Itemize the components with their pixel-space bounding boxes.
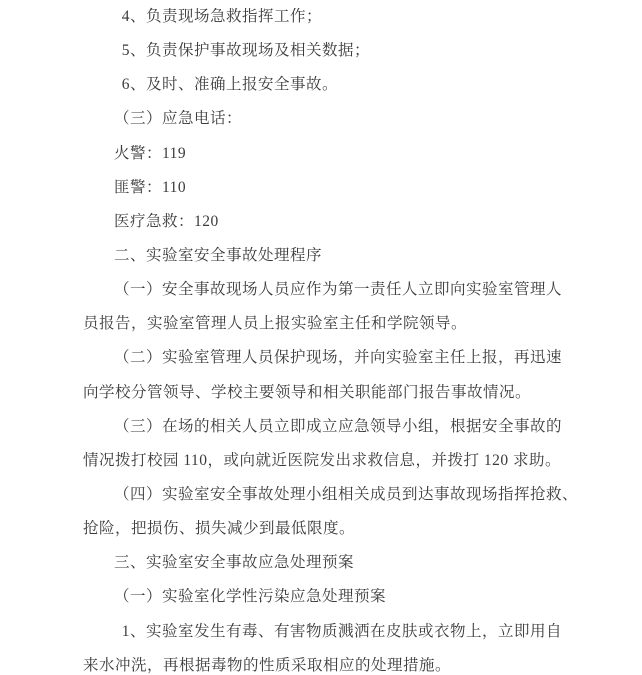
text-line: 情况拨打校园 110，或向就近医院发出求救信息，并拨打 120 求助。 bbox=[83, 444, 562, 478]
text-line: 向学校分管领导、学校主要领导和相关职能部门报告事故情况。 bbox=[83, 376, 562, 410]
text-line: 二、实验室安全事故处理程序 bbox=[83, 239, 562, 273]
document-content: 4、负责现场急救指挥工作；5、负责保护事故现场及相关数据；6、及时、准确上报安全… bbox=[0, 0, 642, 675]
text-line: 火警：119 bbox=[83, 137, 562, 171]
text-line: 三、实验室安全事故应急处理预案 bbox=[83, 546, 562, 580]
text-line: （三）应急电话： bbox=[83, 102, 562, 136]
text-line: （一）安全事故现场人员应作为第一责任人立即向实验室管理人 bbox=[83, 273, 562, 307]
text-line: （二）实验室管理人员保护现场，并向实验室主任上报，再迅速 bbox=[83, 341, 562, 375]
text-line: 抢险，把损伤、损失减少到最低限度。 bbox=[83, 512, 562, 546]
text-line: （四）实验室安全事故处理小组相关成员到达事故现场指挥抢救、 bbox=[83, 478, 562, 512]
text-line: （三）在场的相关人员立即成立应急领导小组，根据安全事故的 bbox=[83, 410, 562, 444]
text-line: 6、及时、准确上报安全事故。 bbox=[83, 68, 562, 102]
text-line: 员报告，实验室管理人员上报实验室主任和学院领导。 bbox=[83, 307, 562, 341]
text-line: 来水冲洗，再根据毒物的性质采取相应的处理措施。 bbox=[83, 649, 562, 675]
text-line: 5、负责保护事故现场及相关数据； bbox=[83, 34, 562, 68]
document-page: 4、负责现场急救指挥工作；5、负责保护事故现场及相关数据；6、及时、准确上报安全… bbox=[0, 0, 642, 675]
text-line: 1、实验室发生有毒、有害物质溅洒在皮肤或衣物上，立即用自 bbox=[83, 615, 562, 649]
text-line: 4、负责现场急救指挥工作； bbox=[83, 0, 562, 34]
text-line: 匪警：110 bbox=[83, 171, 562, 205]
text-line: （一）实验室化学性污染应急处理预案 bbox=[83, 580, 562, 614]
text-line: 医疗急救：120 bbox=[83, 205, 562, 239]
